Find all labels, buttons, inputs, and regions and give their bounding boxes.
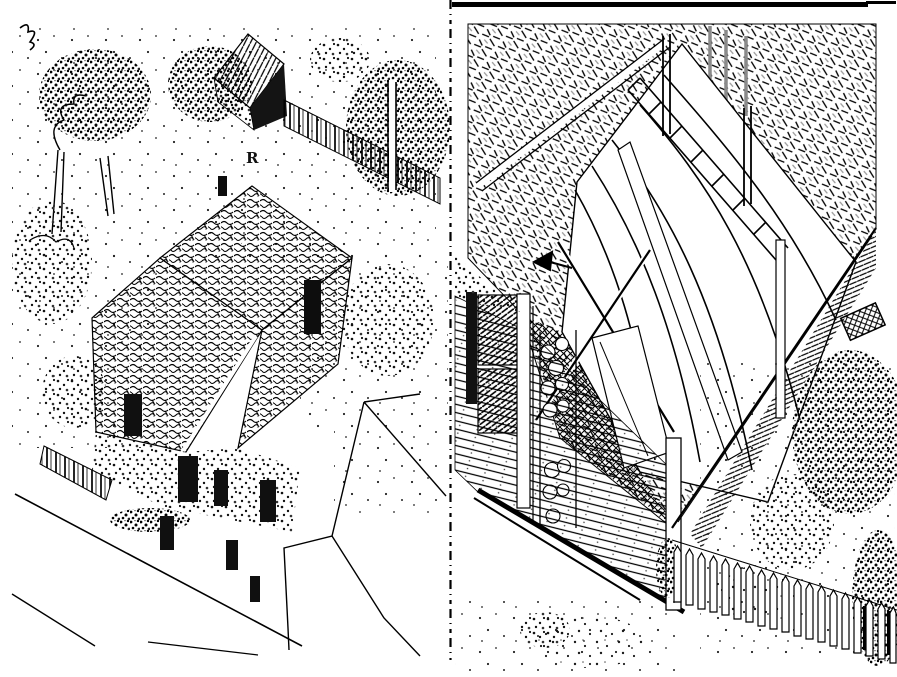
shutter-jamb bbox=[466, 292, 477, 404]
base-shadow bbox=[110, 508, 190, 532]
shutter-louvers-lower bbox=[478, 369, 518, 433]
tree-trunk bbox=[389, 80, 396, 192]
inscription-r: R bbox=[246, 149, 259, 167]
chimney bbox=[218, 176, 227, 196]
figure-canvas: R bbox=[0, 0, 897, 677]
shrub bbox=[12, 200, 92, 324]
window-trim-post bbox=[517, 294, 530, 508]
shrub bbox=[310, 38, 370, 82]
tree-canopy bbox=[39, 49, 151, 141]
chimney bbox=[304, 280, 321, 334]
shrub bbox=[342, 264, 434, 376]
figure: R bbox=[0, 0, 897, 677]
